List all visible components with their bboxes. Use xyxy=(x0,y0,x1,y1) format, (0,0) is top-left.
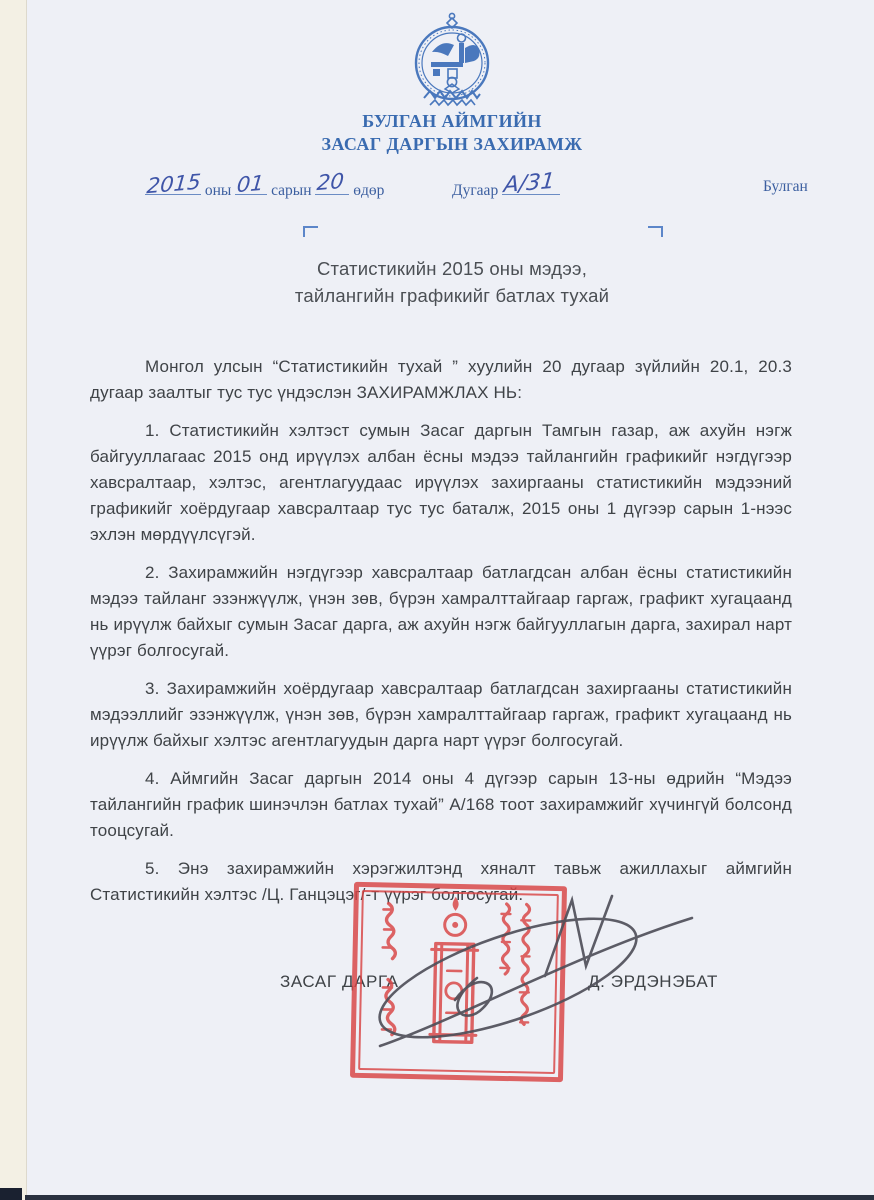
year-blank: 2015 xyxy=(145,178,201,195)
scan-bottom-shadow xyxy=(25,1195,874,1200)
month-label: сарын xyxy=(271,182,311,199)
mongolia-state-emblem-icon xyxy=(404,10,500,108)
decree-body: Монгол улсын “Статистикийн тухай ” хуули… xyxy=(90,354,792,920)
org-title-line2: ЗАСАГ ДАРГЫН ЗАХИРАМЖ xyxy=(30,133,874,156)
intro-paragraph: Монгол улсын “Статистикийн тухай ” хуули… xyxy=(90,354,792,406)
dateline: 2015 оны 01 сарын 20 өдөр Дугаар А/31 Бу… xyxy=(0,172,874,212)
handwritten-number: А/31 xyxy=(503,169,556,198)
scan-corner-mark xyxy=(0,1188,22,1200)
dateline-date-group: 2015 оны 01 сарын 20 өдөр xyxy=(145,178,384,200)
number-blank: А/31 xyxy=(502,178,560,195)
left-corner-bracket xyxy=(303,226,318,237)
org-title-line1: БУЛГАН АЙМГИЙН xyxy=(30,110,874,133)
handwritten-day: 20 xyxy=(316,169,345,195)
paragraph-3: 3. Захирамжийн хоёрдугаар хавсралтаар ба… xyxy=(90,676,792,754)
right-corner-bracket xyxy=(648,226,663,237)
signature-scrawl xyxy=(320,868,720,1093)
decree-title: Статистикийн 2015 оны мэдээ, тайлангийн … xyxy=(30,255,874,309)
day-blank: 20 xyxy=(315,178,349,195)
scanned-decree-page: БУЛГАН АЙМГИЙН ЗАСАГ ДАРГЫН ЗАХИРАМЖ 201… xyxy=(0,0,874,1200)
paragraph-4: 4. Аймгийн Засаг даргын 2014 оны 4 дүгээ… xyxy=(90,766,792,844)
decree-title-line2: тайлангийн графикийг батлах тухай xyxy=(30,282,874,309)
day-label: өдөр xyxy=(353,182,384,199)
month-blank: 01 xyxy=(235,178,267,195)
handwritten-year: 2015 xyxy=(146,170,202,199)
decree-title-line1: Статистикийн 2015 оны мэдээ, xyxy=(30,255,874,282)
org-title: БУЛГАН АЙМГИЙН ЗАСАГ ДАРГЫН ЗАХИРАМЖ xyxy=(30,110,874,156)
year-label: оны xyxy=(205,182,231,199)
handwritten-month: 01 xyxy=(236,171,265,197)
dateline-number-group: Дугаар А/31 xyxy=(452,178,560,200)
paragraph-2: 2. Захирамжийн нэгдүгээр хавсралтаар бат… xyxy=(90,560,792,664)
number-label: Дугаар xyxy=(452,182,498,199)
place-label: Булган xyxy=(763,178,808,196)
paragraph-1: 1. Статистикийн хэлтэст сумын Засаг дарг… xyxy=(90,418,792,548)
